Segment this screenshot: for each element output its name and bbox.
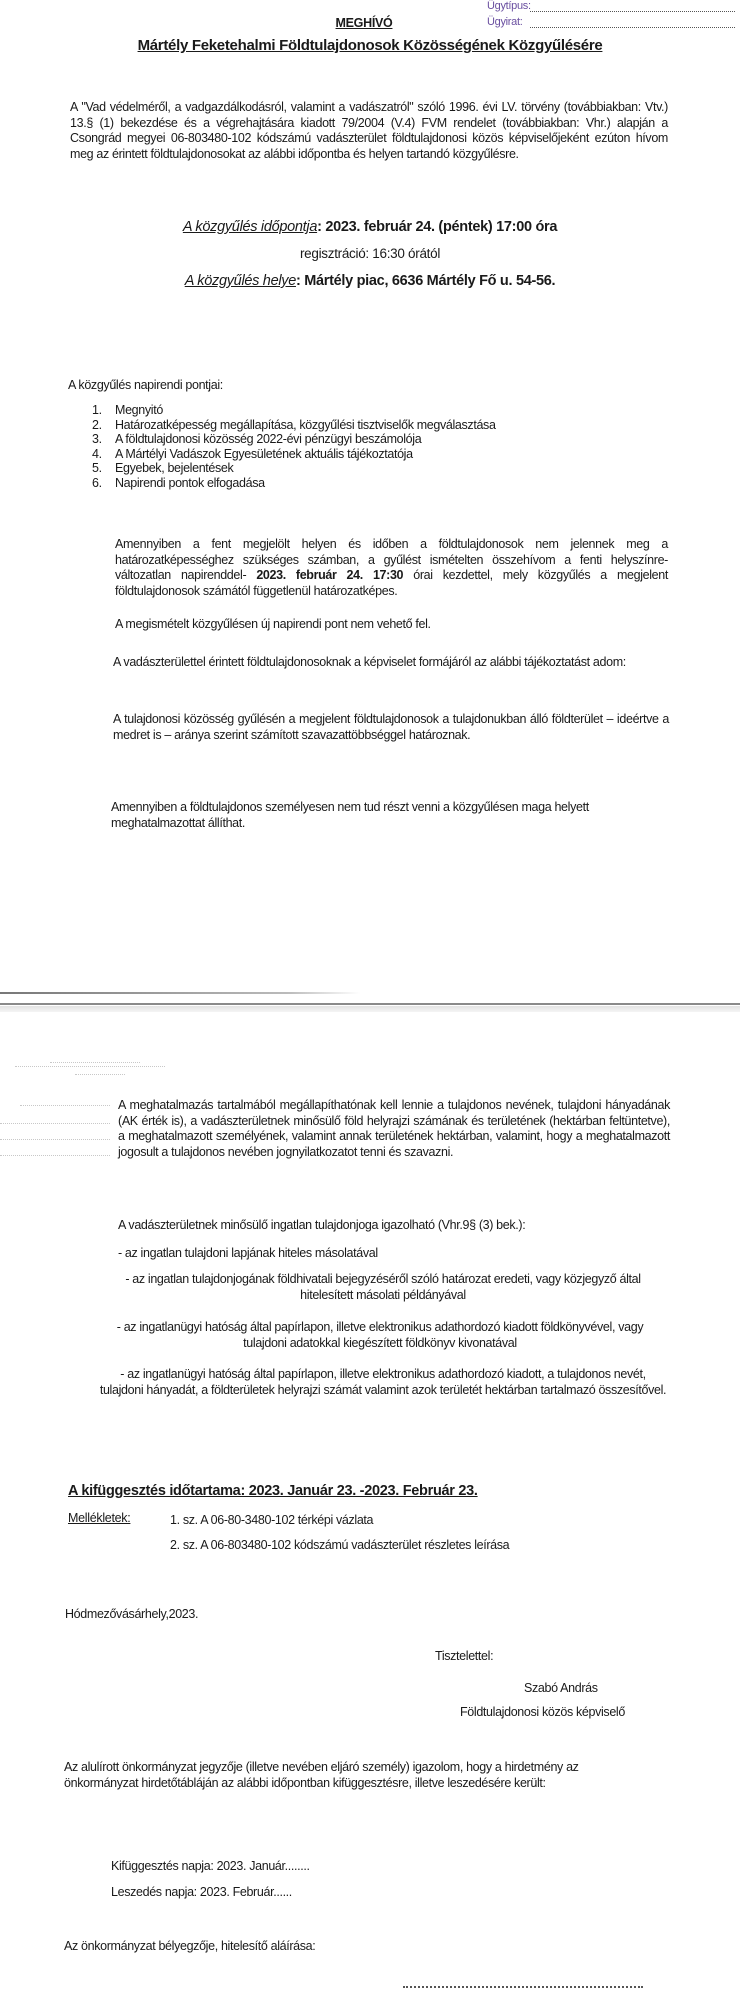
regards: Tisztelettel:	[435, 1648, 493, 1664]
margin-scribble	[0, 1123, 110, 1124]
meeting-place-label: A közgyűlés helye	[185, 273, 296, 289]
case-type-field	[530, 11, 735, 12]
agenda-item: 5.Egyebek, bejelentések	[92, 461, 496, 476]
intro-paragraph: A "Vad védelméről, a vadgazdálkodásról, …	[70, 100, 668, 162]
margin-scribble	[0, 1139, 110, 1140]
posting-period: A kifüggesztés időtartama: 2023. Január …	[68, 1483, 478, 1499]
place-and-date: Hódmezővásárhely,2023.	[65, 1606, 198, 1622]
page-edge-shadow	[0, 992, 360, 994]
ownership-heading: A vadászterületnek minősülő ingatlan tul…	[118, 1217, 525, 1233]
page-gap	[0, 1006, 740, 1012]
attachment-item: 1. sz. A 06-80-3480-102 térképi vázlata	[170, 1512, 373, 1528]
removed-date: Leszedés napja: 2023. Február......	[111, 1884, 292, 1900]
agenda-item: 6.Napirendi pontok elfogadása	[92, 476, 496, 491]
repeat-meeting-note: A megismételt közgyűlésen új napirendi p…	[115, 616, 431, 632]
attachments-label: Mellékletek:	[68, 1511, 130, 1525]
authorization-paragraph: A meghatalmazás tartalmából megállapítha…	[118, 1098, 670, 1160]
ownership-item: - az ingatlanügyi hatóság által papírlap…	[110, 1320, 650, 1351]
margin-scribble	[0, 1155, 110, 1156]
agenda-item: 1.Megnyitó	[92, 403, 496, 418]
agenda-item: 4.A Mártélyi Vadászok Egyesületének aktu…	[92, 447, 496, 462]
margin-scribble	[20, 1105, 110, 1106]
agenda-heading: A közgyűlés napirendi pontjai:	[68, 377, 223, 393]
document-subtitle: Mártély Feketehalmi Földtulajdonosok Köz…	[0, 37, 740, 54]
agenda-item: 3.A földtulajdonosi közösség 2022-évi pé…	[92, 432, 496, 447]
document-title: MEGHÍVÓ	[0, 16, 740, 30]
signer-name: Szabó András	[524, 1680, 598, 1696]
meeting-time-value: : 2023. február 24. (péntek) 17:00 óra	[317, 219, 557, 235]
margin-scribble	[15, 1066, 165, 1067]
stamp-signature-label: Az önkormányzat bélyegzője, hitelesítő a…	[64, 1938, 315, 1954]
agenda-item: 2.Határozatképesség megállapítása, közgy…	[92, 418, 496, 433]
ownership-item: - az ingatlan tulajdoni lapjának hiteles…	[118, 1245, 378, 1261]
attachment-item: 2. sz. A 06-803480-102 kódszámú vadászte…	[170, 1537, 509, 1553]
meeting-time-label: A közgyűlés időpontja	[183, 219, 317, 235]
signature-line	[403, 1986, 643, 1988]
margin-scribble	[75, 1074, 125, 1075]
repeat-meeting-paragraph: Amennyiben a fent megjelölt helyen és id…	[115, 537, 668, 599]
signer-title: Földtulajdonosi közös képviselő	[460, 1704, 625, 1720]
meeting-place: A közgyűlés helye: Mártély piac, 6636 Má…	[0, 273, 740, 289]
meeting-place-value: : Mártély piac, 6636 Mártély Fő u. 54-56…	[296, 273, 555, 289]
agenda-list: 1.Megnyitó 2.Határozatképesség megállapí…	[92, 403, 496, 490]
posted-date: Kifüggesztés napja: 2023. Január........	[111, 1858, 310, 1874]
voting-paragraph: A tulajdonosi közösség gyűlésén a megjel…	[113, 712, 669, 743]
margin-scribble	[50, 1062, 140, 1063]
page-divider	[0, 1003, 740, 1005]
representation-intro: A vadászterülettel érintett földtulajdon…	[113, 655, 669, 671]
ownership-item: - az ingatlanügyi hatóság által papírlap…	[98, 1367, 668, 1398]
meeting-time: A közgyűlés időpontja: 2023. február 24.…	[0, 219, 740, 235]
case-type-label: Ügytípus:	[487, 0, 531, 12]
registration-time: regisztráció: 16:30 órától	[0, 246, 740, 261]
ownership-item: - az ingatlan tulajdonjogának földhivata…	[110, 1272, 656, 1303]
proxy-paragraph: Amennyiben a földtulajdonos személyesen …	[111, 800, 671, 831]
certification-paragraph: Az alulírott önkormányzat jegyzője (ille…	[64, 1760, 634, 1791]
